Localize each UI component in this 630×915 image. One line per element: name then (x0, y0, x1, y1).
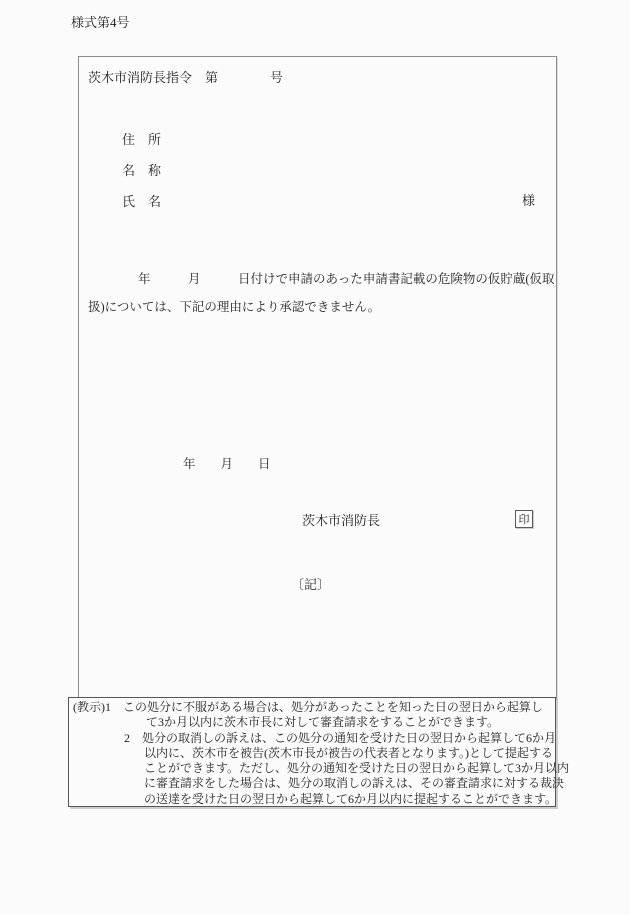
directive-number-line: 茨木市消防長指令 第 号 (88, 71, 283, 86)
main-document-frame (78, 56, 557, 699)
recipient-name-label: 氏 名 (122, 195, 161, 210)
recipient-entity-label: 名 称 (122, 164, 161, 179)
instruction-line: (教示)1 この処分に不服がある場合は、処分があったことを知った日の翌日から起算… (69, 700, 555, 715)
recipient-address-label: 住 所 (122, 133, 161, 148)
instruction-line: の送達を受けた日の翌日から起算して6か月以内に提起することができます。 (69, 792, 555, 807)
body-text-line-1: 年 月 日付けで申請のあった申請書記載の危険物の仮貯蔵(仮取 (88, 272, 555, 286)
instruction-line: 以内に、茨木市を被告(茨木市長が被告の代表者となります。)として提起する (69, 746, 555, 761)
instruction-line: 2 処分の取消しの訴えは、この処分の通知を受けた日の翌日から起算して6か月 (69, 731, 555, 746)
appeal-instruction-box: (教示)1 この処分に不服がある場合は、処分があったことを知った日の翌日から起算… (68, 697, 556, 807)
issue-date-line: 年 月 日 (183, 457, 271, 471)
instruction-line: ことができます。ただし、処分の通知を受けた日の翌日から起算して3か月以内 (69, 761, 555, 776)
issuer-title: 茨木市消防長 (302, 514, 380, 529)
document-page: 様式第4号 茨木市消防長指令 第 号 住 所 名 称 氏 名 様 年 月 日付け… (0, 0, 630, 915)
instruction-line: に審査請求をした場合は、処分の取消しの訴えは、その審査請求に対する裁決 (69, 776, 555, 791)
notes-section-marker: 〔記〕 (291, 578, 330, 593)
instruction-line: て3か月以内に茨木市長に対して審査請求をすることができます。 (69, 715, 555, 730)
seal-stamp-label: 印 (519, 511, 530, 527)
form-number-label: 様式第4号 (71, 16, 130, 31)
body-text-line-2: 扱)については、下記の理由により承認できません。 (88, 300, 380, 314)
seal-stamp-icon: 印 (515, 510, 533, 528)
recipient-honorific: 様 (522, 194, 535, 209)
